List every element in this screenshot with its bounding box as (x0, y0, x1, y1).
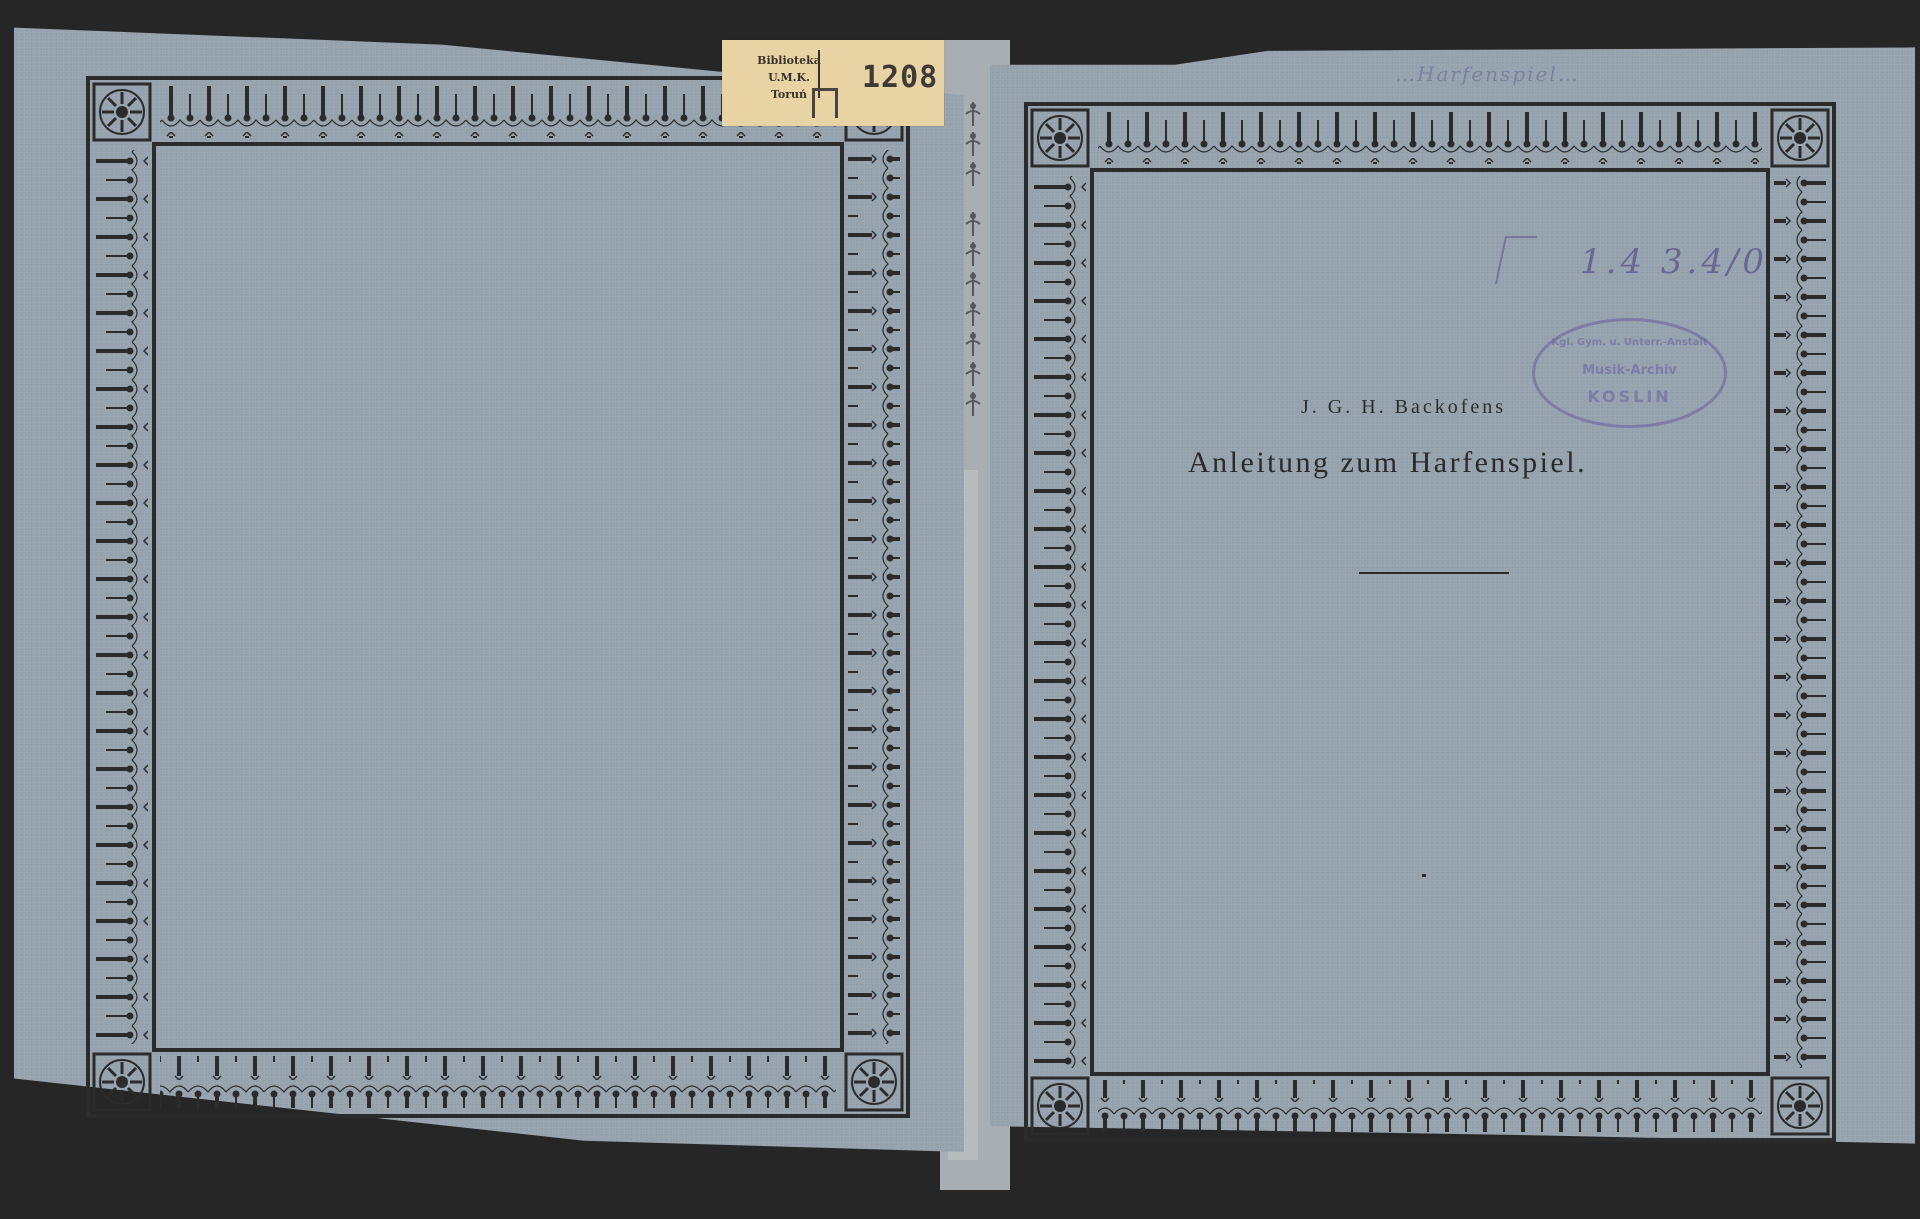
handwritten-shelfmark: 1.4 3.4/0 (1580, 242, 1768, 282)
stamp-line-1: Kgl. Gym. u. Unterr.-Anstalt (1535, 337, 1724, 348)
library-name: Biblioteka (744, 52, 834, 69)
oval-library-stamp: Kgl. Gym. u. Unterr.-Anstalt Musik-Archi… (1532, 318, 1727, 428)
ink-speck (1422, 874, 1426, 877)
handwritten-note: …Harfenspiel… (1395, 62, 1580, 86)
stamp-line-2: Musik-Archiv (1535, 363, 1724, 378)
call-number: 1208 (862, 60, 938, 95)
library-institution: U.M.K. (744, 69, 834, 86)
book-title: Anleitung zum Harfenspiel. (1188, 446, 1587, 480)
author-line: J. G. H. Backofens (1301, 396, 1506, 419)
title-rule (1359, 572, 1509, 574)
label-stamp-icon (812, 88, 838, 118)
library-label: Biblioteka U.M.K. Toruń 1208 (722, 40, 944, 126)
spine-ornament-icon (960, 100, 986, 430)
back-cover-ornamental-frame (86, 76, 910, 1118)
stamp-line-3: KOSLIN (1535, 387, 1724, 406)
